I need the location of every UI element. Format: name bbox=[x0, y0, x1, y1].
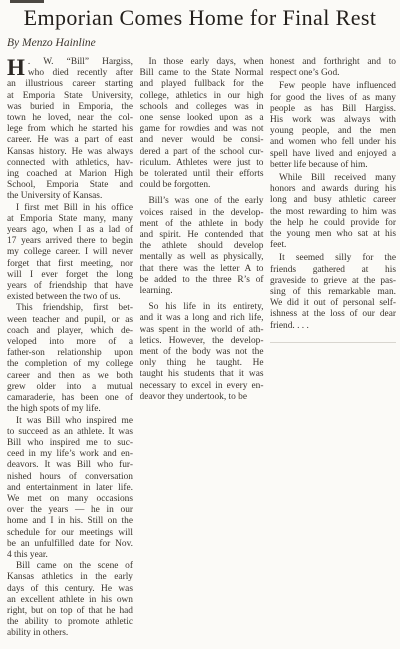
text-line: that there was the letter A to bbox=[140, 264, 264, 275]
paragraph: It seemed silly for thefriends gathered … bbox=[270, 253, 396, 331]
text-line: the high spots of my life. bbox=[7, 404, 133, 415]
text-line: So his life in its entirety, bbox=[140, 302, 264, 313]
text-line: years ago, when I as a lad of bbox=[7, 225, 133, 236]
text-line: career. He was a part of east bbox=[7, 135, 133, 146]
text-line: was buried in Emporia, the bbox=[7, 102, 133, 113]
text-line: the completion of my college bbox=[7, 359, 133, 370]
text-line: who died recently after bbox=[28, 68, 133, 79]
text-line: and it was a long and rich life, bbox=[140, 313, 264, 324]
text-line: deavor they undertook, to be bbox=[140, 392, 264, 403]
text-line: career and then as we both bbox=[7, 371, 133, 382]
text-line: young people, and the men bbox=[270, 126, 396, 137]
text-line: for good the lives of as many bbox=[270, 93, 396, 104]
text-line: to succeed as an athlete. It was bbox=[7, 427, 133, 438]
text-line: an excellent athlete in his own bbox=[7, 595, 133, 606]
text-line: We met on many occasions bbox=[7, 494, 133, 505]
page-title: Emporian Comes Home for Final Rest bbox=[6, 5, 394, 31]
text-line: In those early days, when bbox=[140, 57, 264, 68]
text-line: and never would be consi- bbox=[140, 135, 264, 146]
text-line: 4 this year. bbox=[7, 550, 133, 561]
text-line: Bill came to the State Normal bbox=[140, 68, 264, 79]
text-line: will I ever forget the long bbox=[7, 270, 133, 281]
text-line: taught his students that it was bbox=[140, 369, 264, 380]
text-line: home and I in his. Still on the bbox=[7, 516, 133, 527]
text-line: We did it out of personal self- bbox=[270, 298, 396, 309]
text-line: college, athletics in our high bbox=[140, 91, 264, 102]
text-line: Kansas history. He was always bbox=[7, 147, 133, 158]
text-line: necessary to excel in every en- bbox=[140, 381, 264, 392]
article-column: honest and forthright and torespect one’… bbox=[270, 57, 396, 640]
paragraph: I first met Bill in his officeat Emporia… bbox=[7, 203, 133, 304]
text-line: and spirit. He contended that bbox=[140, 230, 264, 241]
end-rule bbox=[270, 342, 396, 343]
text-line: friends gathered at his bbox=[270, 265, 396, 276]
text-line: Few people have influenced bbox=[270, 81, 396, 92]
text-line: the help he could provide for bbox=[270, 218, 396, 229]
paragraph: Bill came on the scene ofKansas athletic… bbox=[7, 561, 133, 639]
text-line: the University of Kansas. bbox=[7, 191, 133, 202]
text-line: This friendship, first bet- bbox=[7, 303, 133, 314]
text-line: was spent in the world of ath- bbox=[140, 325, 264, 336]
article-column: H. W. “Bill” Hargiss,who died recently a… bbox=[7, 57, 133, 640]
text-line: . W. “Bill” Hargiss, bbox=[28, 57, 133, 68]
text-line: mentally as well as physically, bbox=[140, 252, 264, 263]
text-line: at Emporia State many, many bbox=[7, 214, 133, 225]
text-line: the most rewarding to him was bbox=[270, 207, 396, 218]
text-line: and played fullback for the bbox=[140, 79, 264, 90]
text-line: and entertainment in later life. bbox=[7, 483, 133, 494]
text-line: the ability to promote athletic bbox=[7, 617, 133, 628]
text-line: town he loved, near the col- bbox=[7, 113, 133, 124]
text-line: friend. . . . bbox=[270, 321, 396, 332]
paragraph: Bill’s was one of the earlyvoices raised… bbox=[140, 196, 264, 297]
text-line: honors and awards during his bbox=[270, 184, 396, 195]
text-line: learning. bbox=[140, 286, 264, 297]
article-column: In those early days, whenBill came to th… bbox=[140, 57, 264, 640]
text-line: schools and colleges was in bbox=[140, 102, 264, 113]
text-line: be an unfulfilled date for Nov. bbox=[7, 539, 133, 550]
text-line: ment of the body was not the bbox=[140, 347, 264, 358]
text-line: honest and forthright and to bbox=[270, 57, 396, 68]
text-line: 17 years arrived there to begin bbox=[7, 236, 133, 247]
text-line: an illustrious career starting bbox=[7, 79, 133, 90]
text-line: deavors. It was Bill who fur- bbox=[7, 460, 133, 471]
text-line: and women who fell under his bbox=[270, 137, 396, 148]
text-line: grew older into a mutual bbox=[7, 382, 133, 393]
paragraph: While Bill received manyhonors and award… bbox=[270, 173, 396, 251]
paragraph: H. W. “Bill” Hargiss,who died recently a… bbox=[7, 57, 133, 203]
text-line: It was Bill who inspired me bbox=[7, 416, 133, 427]
text-line: ment of the athlete in body bbox=[140, 219, 264, 230]
text-line: ing coached at Marion High bbox=[7, 169, 133, 180]
text-line: connected with athletics, hav- bbox=[7, 158, 133, 169]
text-line: years of friendship that have bbox=[7, 281, 133, 292]
drop-cap: H bbox=[7, 58, 25, 79]
paragraph: honest and forthright and torespect one’… bbox=[270, 57, 396, 79]
text-line: sing of this remarkable man. bbox=[270, 287, 396, 298]
text-line: feet. bbox=[270, 240, 396, 251]
scan-artifact-mark bbox=[10, 0, 44, 3]
text-line: ability in others. bbox=[7, 628, 133, 639]
text-line: the athlete should develop bbox=[140, 241, 264, 252]
text-line: forget that first meeting, nor bbox=[7, 259, 133, 270]
text-line: graveside to grieve at the pas- bbox=[270, 276, 396, 287]
text-line: schedule for our meetings will bbox=[7, 528, 133, 539]
text-line: School, Emporia State and bbox=[7, 180, 133, 191]
text-line: nished hours of conversation bbox=[7, 472, 133, 483]
text-line: While Bill received many bbox=[270, 173, 396, 184]
text-line: riculum. Athletes were just to bbox=[140, 158, 264, 169]
paragraph: In those early days, whenBill came to th… bbox=[140, 57, 264, 191]
text-line: ceed in my life’s work and en- bbox=[7, 449, 133, 460]
text-line: lege from which he started his bbox=[7, 124, 133, 135]
text-line: camaraderie, has been one of bbox=[7, 393, 133, 404]
text-line: be added to the three R’s of bbox=[140, 275, 264, 286]
byline: By Menzo Hainline bbox=[7, 37, 400, 50]
text-line: people as has Bill Hargiss. bbox=[270, 104, 396, 115]
text-line: Bill who inspired me to suc- bbox=[7, 438, 133, 449]
text-line: spell have lived and enjoyed a bbox=[270, 149, 396, 160]
text-line: long and busy athletic career bbox=[270, 195, 396, 206]
text-line: Kansas athletics in the early bbox=[7, 572, 133, 583]
paragraph: So his life in its entirety,and it was a… bbox=[140, 302, 264, 403]
text-line: ween teacher and pupil, or as bbox=[7, 315, 133, 326]
text-line: respect one’s God. bbox=[270, 68, 396, 79]
paragraph: It was Bill who inspired meto succeed as… bbox=[7, 416, 133, 562]
text-line: letics. However, the develop- bbox=[140, 336, 264, 347]
paragraph: This friendship, first bet-ween teacher … bbox=[7, 303, 133, 415]
text-line: existed between the two of us. bbox=[7, 292, 133, 303]
text-line: father-son relationship upon bbox=[7, 348, 133, 359]
text-line: His work was always with bbox=[270, 115, 396, 126]
text-line: game for rowdies and was not bbox=[140, 124, 264, 135]
text-line: voices raised in the develop- bbox=[140, 208, 264, 219]
text-line: the young men who sat at his bbox=[270, 229, 396, 240]
text-line: coach and player, which de- bbox=[7, 326, 133, 337]
paragraph: Few people have influencedfor good the l… bbox=[270, 81, 396, 171]
text-line: only thing he taught. He bbox=[140, 358, 264, 369]
text-line: dered a part of the school cur- bbox=[140, 147, 264, 158]
text-line: be tolerated until their efforts bbox=[140, 169, 264, 180]
text-line: days of this century. He was bbox=[7, 584, 133, 595]
text-line: one sense looked upon as a bbox=[140, 113, 264, 124]
text-line: veloped into more of a bbox=[7, 337, 133, 348]
text-line: It seemed silly for the bbox=[270, 253, 396, 264]
scanned-article-page: Emporian Comes Home for Final Rest By Me… bbox=[0, 0, 400, 649]
text-line: at Emporia State University, bbox=[7, 91, 133, 102]
text-line: I first met Bill in his office bbox=[7, 203, 133, 214]
article-columns: H. W. “Bill” Hargiss,who died recently a… bbox=[0, 57, 400, 640]
text-line: Bill’s was one of the early bbox=[140, 196, 264, 207]
text-line: over the years — he in our bbox=[7, 505, 133, 516]
text-line: my college career. I will never bbox=[7, 247, 133, 258]
text-line: could be forgotten. bbox=[140, 180, 264, 191]
text-line: ishness at the loss of our dear bbox=[270, 309, 396, 320]
text-line: better life because of him. bbox=[270, 160, 396, 171]
text-line: right, but on top of that he had bbox=[7, 606, 133, 617]
text-line: Bill came on the scene of bbox=[7, 561, 133, 572]
